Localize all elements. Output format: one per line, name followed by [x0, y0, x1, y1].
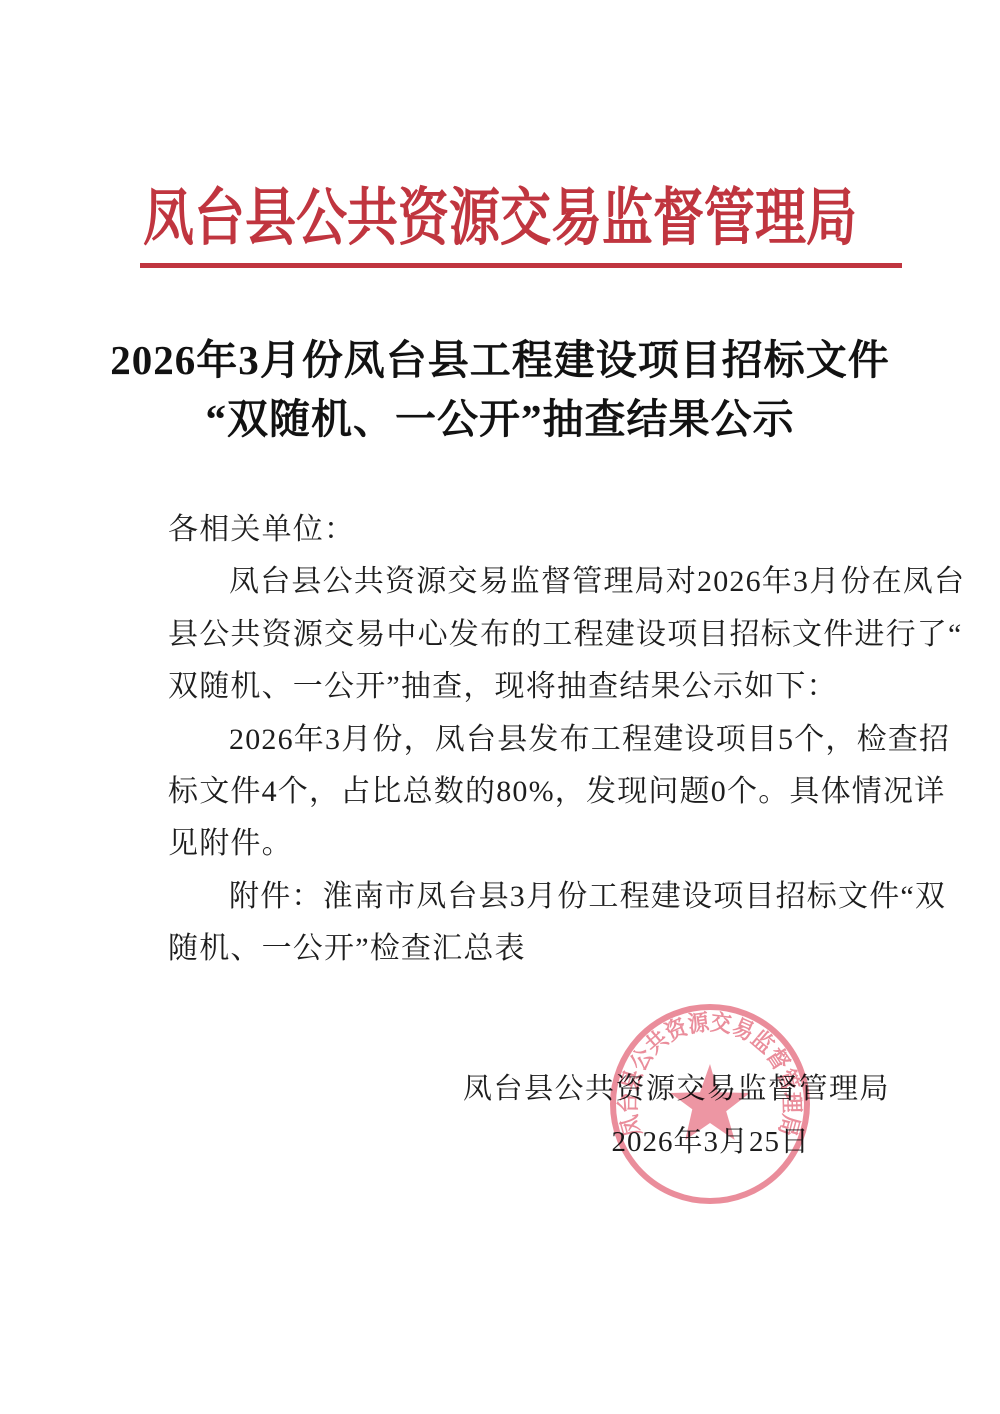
document-title-line-2: “双随机、一公开”抽查结果公示 — [0, 390, 1000, 449]
document-body: 各相关单位： 凤台县公共资源交易监督管理局对2026年3月份在凤台 县公共资源交… — [168, 504, 868, 976]
body-line: 见附件。 — [168, 818, 868, 870]
red-divider-line — [140, 263, 902, 268]
document-page: 凤台县公共资源交易监督管理局 2026年3月份凤台县工程建设项目招标文件 “双随… — [0, 0, 1000, 1414]
body-line: 县公共资源交易中心发布的工程建设项目招标文件进行了“ — [168, 609, 868, 661]
body-line: 2026年3月份，凤台县发布工程建设项目5个，检查招 — [168, 714, 868, 766]
attachment-line: 附件：淮南市凤台县3月份工程建设项目招标文件“双 — [168, 871, 868, 923]
document-title: 2026年3月份凤台县工程建设项目招标文件 “双随机、一公开”抽查结果公示 — [0, 331, 1000, 449]
attachment-line: 随机、一公开”检查汇总表 — [168, 923, 868, 975]
body-line: 凤台县公共资源交易监督管理局对2026年3月份在凤台 — [168, 556, 868, 608]
document-title-line-1: 2026年3月份凤台县工程建设项目招标文件 — [0, 331, 1000, 390]
salutation-line: 各相关单位： — [168, 504, 868, 556]
body-line: 双随机、一公开”抽查，现将抽查结果公示如下： — [168, 661, 868, 713]
body-line: 标文件4个，占比总数的80%，发现问题0个。具体情况详 — [168, 766, 868, 818]
signature-org-name: 凤台县公共资源交易监督管理局 — [463, 1066, 890, 1107]
signature-date: 2026年3月25日 — [611, 1119, 810, 1160]
red-header-org-name: 凤台县公共资源交易监督管理局 — [0, 167, 1000, 257]
